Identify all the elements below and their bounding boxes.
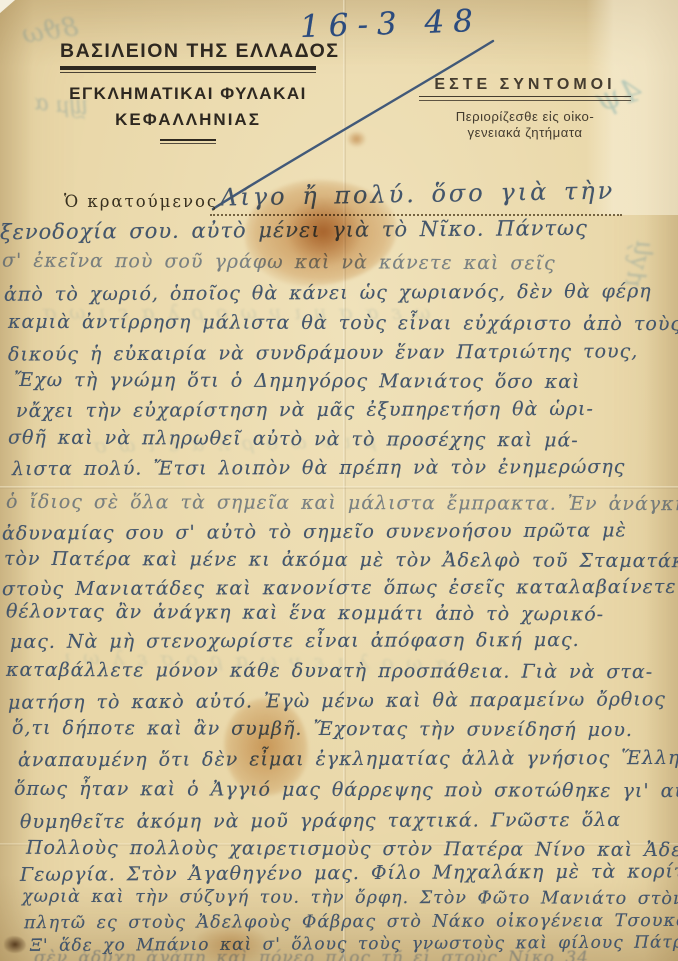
handwriting-line: καμιὰ ἀντίρρηση μάλιστα θὰ τοὺς εἶναι εὐ… <box>8 311 678 335</box>
handwriting-line: Ἔχω τὴ γνώμη ὅτι ὁ Δημηγόρος Μανιάτος ὅσ… <box>14 369 581 393</box>
handwriting-line: Γεωργία. Στὸν Ἀγαθηγένο μας. Φίλο Μηχαλά… <box>20 860 678 886</box>
handwriting-line: σθῆ καὶ νὰ πληρωθεῖ αὐτὸ νὰ τὸ προσέχης … <box>8 427 579 452</box>
handwriting-line: θυμηθεῖτε ἀκόμη νὰ μοῦ γράφης ταχτικά. Γ… <box>20 809 621 833</box>
handwriting-line: μας. Νὰ μὴ στενοχωρίστε εἶναι ἀπόφαση δι… <box>10 629 580 653</box>
ink-stain-bottom <box>194 924 268 961</box>
handwriting-line: τὸν Πατέρα καὶ μένε κι ἀκόμα μὲ τὸν Ἀδελ… <box>4 548 678 572</box>
ink-stain-middle <box>224 698 308 796</box>
handwriting-line: δικούς ἡ εὐκαιρία νὰ συνδράμουν ἕναν Πατ… <box>8 340 638 365</box>
handwriting-line: θέλοντας ἂν ἀνάγκη καὶ ἕνα κομμάτι ἀπὸ τ… <box>6 600 604 625</box>
handwriting-line-faded: σὲν ἀδύχη ἀγάπη καὶ πόνερ πλος τῇ εἰ στο… <box>34 948 589 961</box>
handwriting-line: ὁ ἴδιος σὲ ὅλα τὰ σημεῖα καὶ μάλιστα ἔμπ… <box>6 491 678 515</box>
handwriting-line: λιστα πολύ. Ἔτσι λοιπὸν θὰ πρέπη νὰ τὸν … <box>12 456 625 480</box>
ink-stain-large-core <box>286 196 362 266</box>
handwriting-line: ὅ,τι δήποτε καὶ ἂν συμβῆ. Ἔχοντας τὴν συ… <box>12 717 633 741</box>
handwriting-line: πλητῶ ες στοὺς Ἀδελφοὺς Φάβρας στὸ Νάκο … <box>24 911 678 933</box>
handwriting-body: Λίγο ἤ πολύ. ὅσο γιὰ τὴν ξενοδοχία σου. … <box>0 0 678 961</box>
handwriting-line: νἄχει τὴν εὐχαρίστηση νὰ μᾶς ἐξυπηρετήση… <box>16 398 594 422</box>
handwriting-line: καταβάλλετε μόνον κάθε δυνατὴ προσπάθεια… <box>6 659 653 683</box>
handwriting-line: ματήση τὸ κακὸ αὐτό. Ἐγὼ μένω καὶ θὰ παρ… <box>8 688 666 713</box>
handwriting-line: Πολλοὺς πολλοὺς χαιρετισμοὺς στὸν Πατέρα… <box>26 837 678 861</box>
ink-stain-dot <box>347 131 366 147</box>
handwriting-line: ἀδυναμίας σου σ' αὐτὸ τὸ σημεῖο συνενοήσ… <box>2 519 627 544</box>
handwriting-line: ὅπως ἦταν καὶ ὁ Ἀγγιό μας θάρρεψης ποὺ σ… <box>14 778 678 802</box>
dark-spot-bottom-left <box>4 936 26 953</box>
handwriting-line: ἀναπαυμένη ὅτι δὲν εἶμαι ἐγκληματίας ἀλλ… <box>18 747 678 771</box>
handwriting-line: στοὺς Μανιατάδες καὶ κανονίστε ὅπως ἐσεῖ… <box>2 576 677 600</box>
letter-page: 8ϑω Ϣμ α 4ψ ήλμ ω ε α σ μ ι ν ω ο ρ λ α … <box>0 0 678 961</box>
handwriting-line: χωριὰ καὶ τὴν σύζυγή του. τὴν ὄρφη. Στὸν… <box>22 887 678 910</box>
